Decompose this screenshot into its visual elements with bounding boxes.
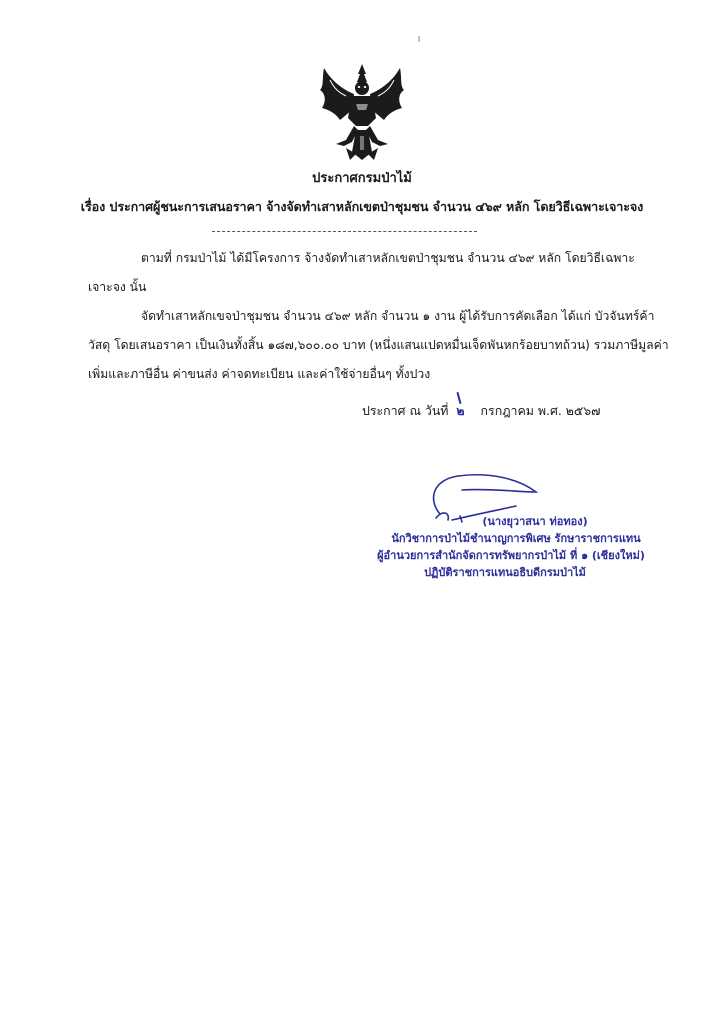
paragraph-line: จัดทำเสาหลักเขจป่าชุมชน จำนวน ๔๖๙ หลัก จ… [88,302,656,331]
document-title: ประกาศกรมป่าไม้ [0,170,724,188]
paragraph-project: ตามที่ กรมป่าไม้ ได้มีโครงการ จ้างจัดทำเ… [88,244,656,302]
signer-block: (นางยุวาสนา ท่อทอง) นักวิชาการป่าไม้ชำนา… [340,514,670,581]
announcement-month-year: กรกฎาคม พ.ศ. ๒๕๖๗ [481,403,601,418]
scan-artifact [418,36,420,42]
announcement-day: ๒ [456,402,464,420]
paragraph-line: ตามที่ กรมป่าไม้ ได้มีโครงการ จ้างจัดทำเ… [88,244,656,273]
paragraph-line: เจาะจง นั้น [88,273,656,302]
paragraph-line: วัสดุ โดยเสนอราคา เป็นเงินทั้งสิ้น ๑๘๗,๖… [88,331,656,360]
announcement-date: ประกาศ ณ วันที่ ๒ กรกฎาคม พ.ศ. ๒๕๖๗ [362,402,600,420]
signer-name: (นางยุวาสนา ท่อทอง) [340,514,670,530]
paragraph-award: จัดทำเสาหลักเขจป่าชุมชน จำนวน ๔๖๙ หลัก จ… [88,302,656,389]
signer-position: ผู้อำนวยการสำนักจัดการทรัพยากรป่าไม้ ที่… [340,547,670,564]
signer-position: นักวิชาการป่าไม้ชำนาญการพิเศษ รักษาราชกา… [340,530,670,547]
document-subject: เรื่อง ประกาศผู้ชนะการเสนอราคา จ้างจัดทำ… [0,198,724,216]
signer-position: ปฏิบัติราชการแทนอธิบดีกรมป่าไม้ [340,564,670,581]
divider [212,231,477,232]
announcement-prefix: ประกาศ ณ วันที่ [362,403,448,418]
paragraph-line: เพิ่มและภาษีอื่น ค่าขนส่ง ค่าจดทะเบียน แ… [88,360,656,389]
document-page: ประกาศกรมป่าไม้ เรื่อง ประกาศผู้ชนะการเส… [0,0,724,1024]
garuda-emblem-icon [316,60,408,164]
